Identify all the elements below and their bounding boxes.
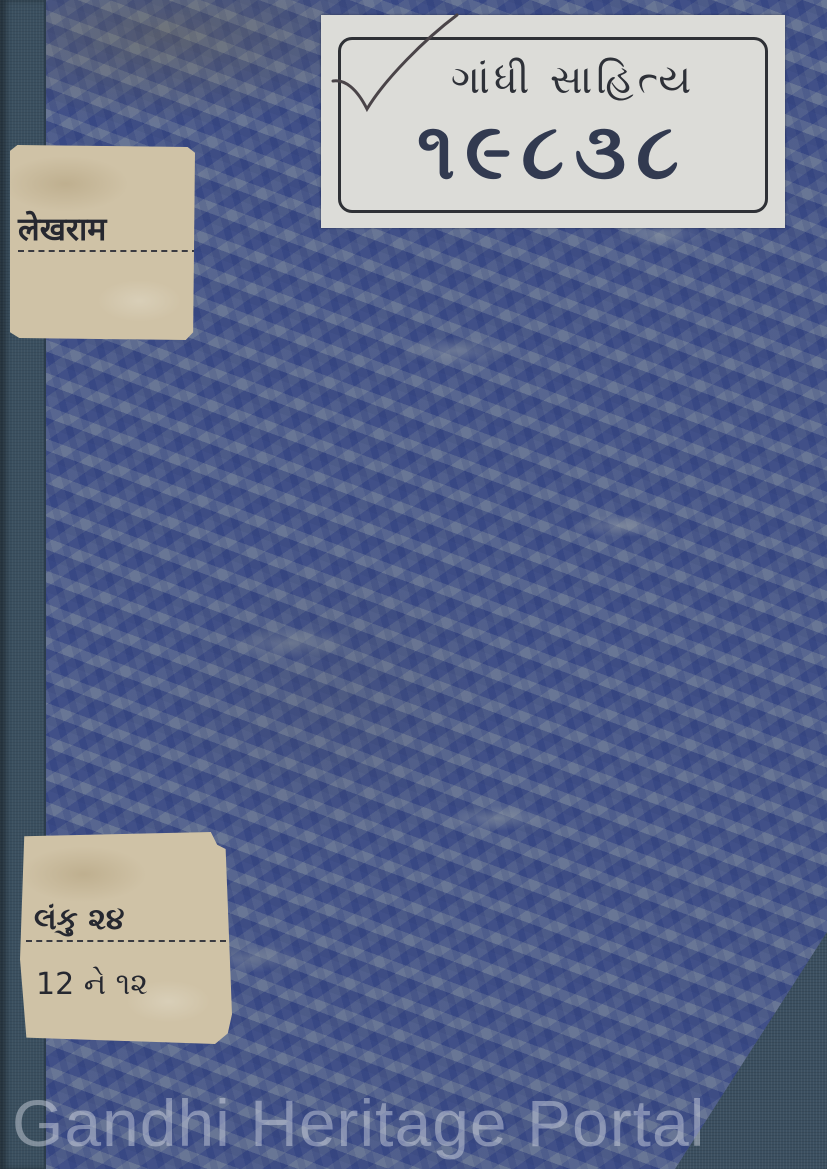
shelf-mark-line-2: 12 ને ૧૨ [36,967,148,1002]
shelf-mark-label: લંકુ ૨૪ 12 ને ૧૨ [20,832,232,1044]
author-label: लेखराम [10,145,195,340]
shelf-mark-line-1: લંકુ ૨૪ [34,902,125,937]
collection-title: ગાંધી સાહિત્ય [321,57,785,103]
label-rule [18,250,198,252]
watermark-text: Gandhi Heritage Portal [12,1085,812,1161]
author-name: लेखराम [18,207,106,250]
accession-number: ૧૯૮૩૮ [321,107,785,198]
library-accession-label: ગાંધી સાહિત્ય ૧૯૮૩૮ [321,15,785,228]
book-cover: ગાંધી સાહિત્ય ૧૯૮૩૮ लेखराम લંકુ ૨૪ 12 ને… [0,0,827,1169]
label-rule [26,940,226,942]
